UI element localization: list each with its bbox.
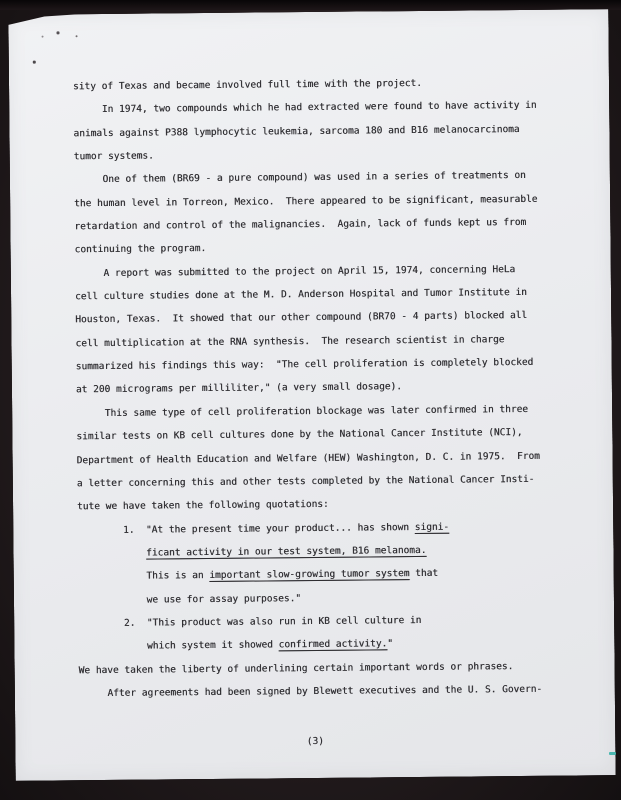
document-page: sity of Texas and became involved full t… xyxy=(8,9,615,781)
page-number: (3) xyxy=(79,728,551,756)
scanner-artifact-mark xyxy=(609,752,616,755)
document-line: After agreements had been signed by Blew… xyxy=(79,678,551,706)
pencil-dot xyxy=(56,31,59,34)
pencil-dot xyxy=(42,36,44,38)
document-body: sity of Texas and became involved full t… xyxy=(73,71,552,756)
document-line: animals against P388 lymphocytic leukemi… xyxy=(73,117,545,145)
document-line: a letter concerning this and other tests… xyxy=(77,468,549,496)
pencil-dot xyxy=(76,35,78,37)
pencil-dot xyxy=(33,61,36,64)
document-lines: sity of Texas and became involved full t… xyxy=(73,71,551,706)
scanned-document-photo: sity of Texas and became involved full t… xyxy=(0,0,621,800)
